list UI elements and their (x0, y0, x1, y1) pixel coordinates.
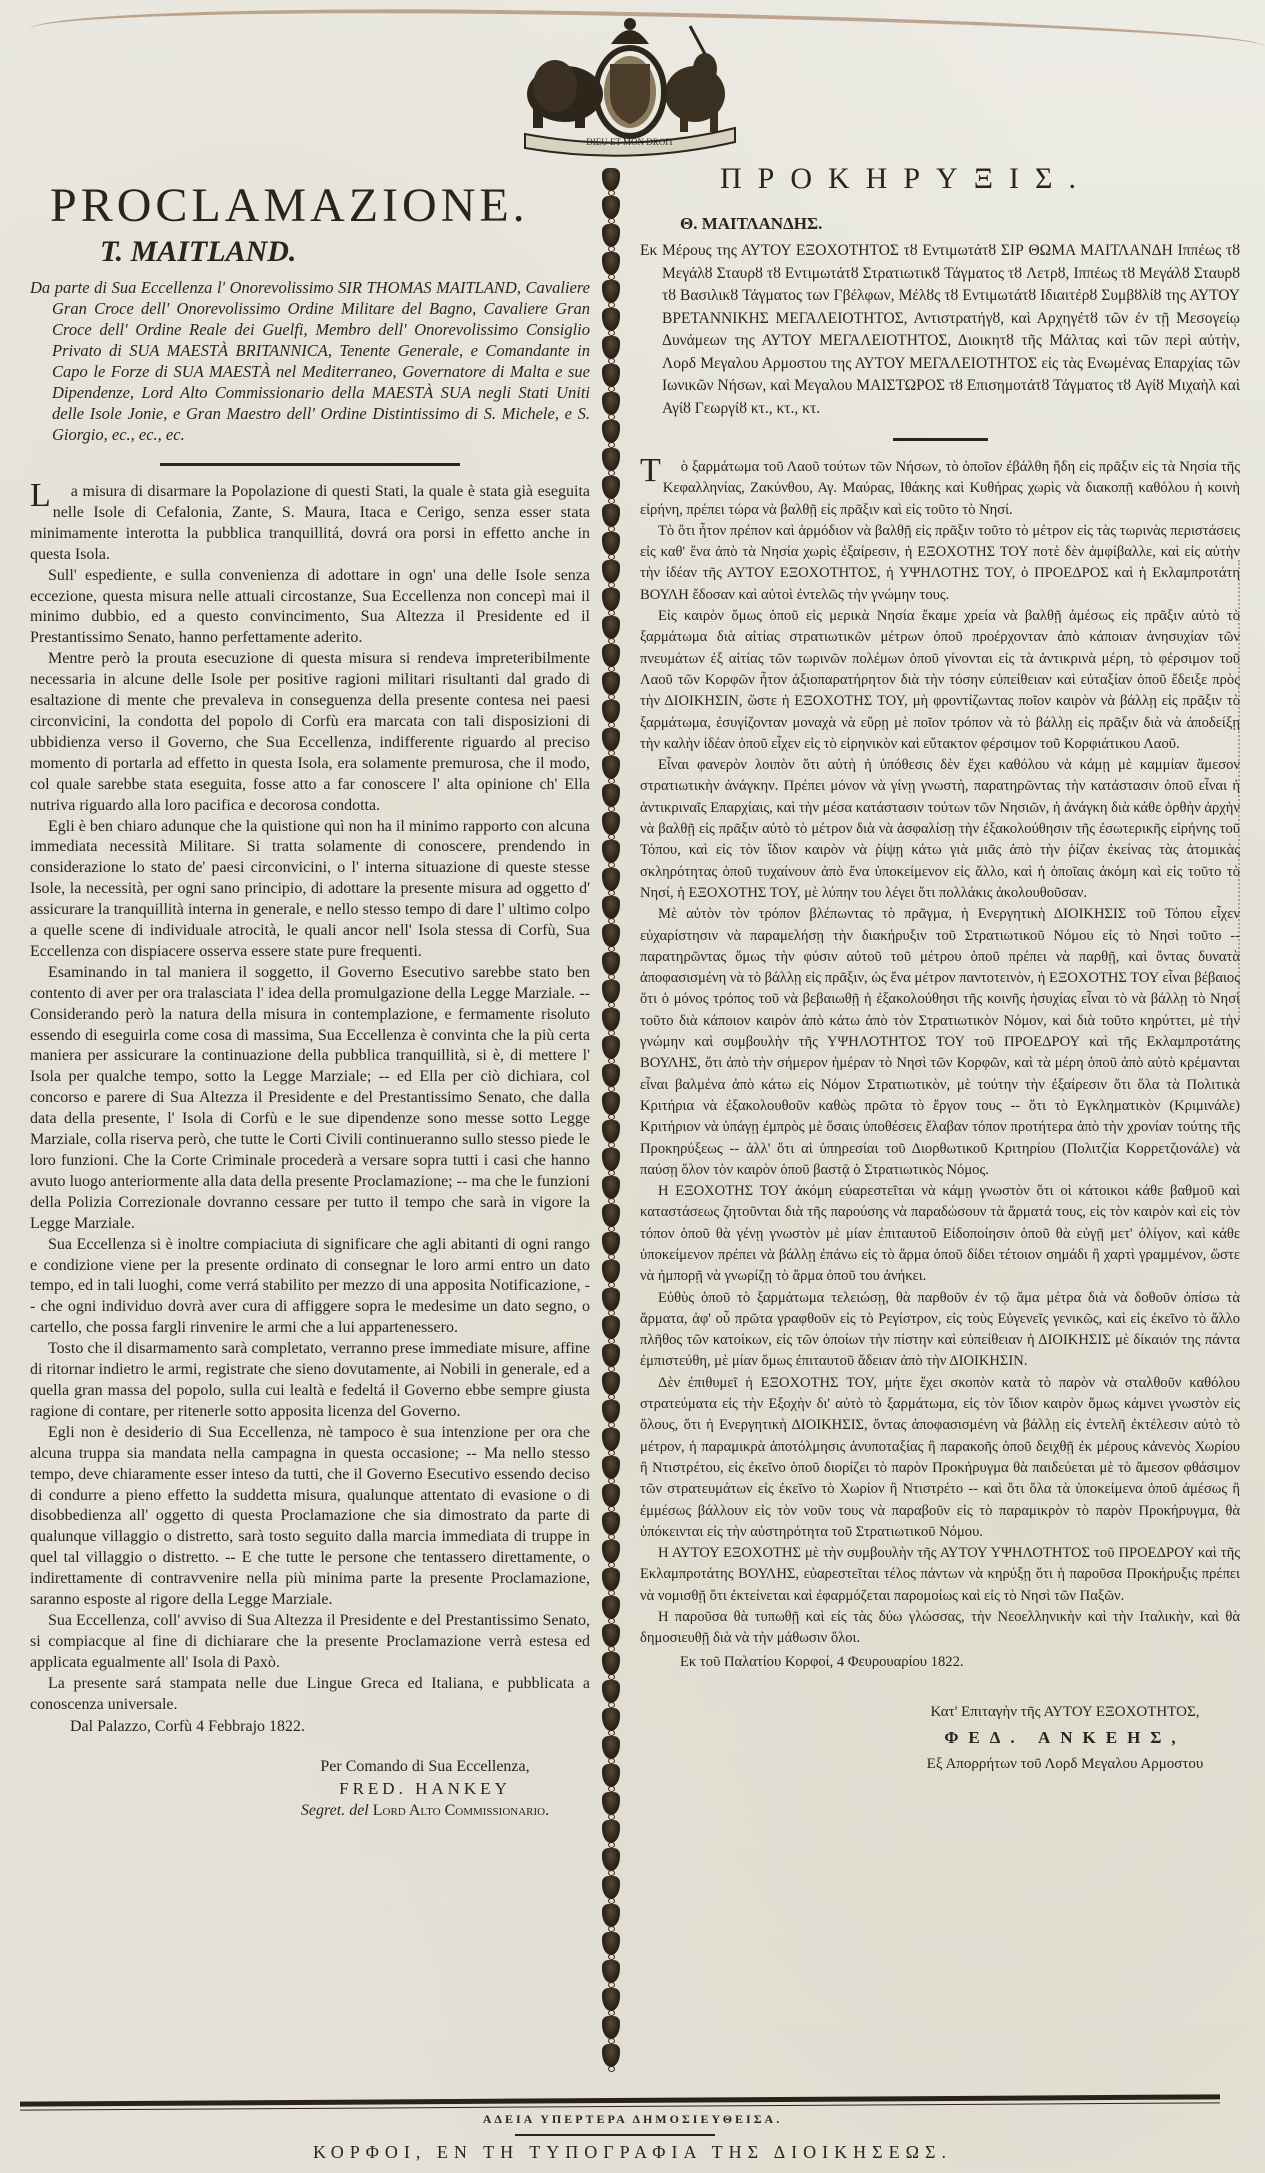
italian-paragraph: La misura di disarmare la Popolazione di… (30, 482, 590, 566)
greek-paragraph: Εἶναι φανερὸν λοιπὸν ὅτι αὐτὴ ἡ ὑπόθεσις… (640, 755, 1240, 904)
bell-ornament-icon (602, 1820, 620, 1843)
bell-ornament-icon (602, 308, 620, 331)
greek-paragraph: Εὐθὺς ὁποῦ τὸ ξαρμάτωμα τελειώσῃ, θὰ παρ… (640, 1288, 1240, 1373)
greek-divider-rule (893, 438, 988, 441)
bell-ornament-icon (602, 168, 620, 191)
greek-paragraph: Η παροῦσα θὰ τυπωθῇ καὶ εἰς τὰς δύω γλώσ… (640, 1607, 1240, 1650)
bell-ornament-icon (602, 1288, 620, 1311)
bell-ornament-icon (602, 504, 620, 527)
bell-ornament-icon (602, 224, 620, 247)
bell-ornament-icon (602, 952, 620, 975)
bell-ornament-icon (602, 924, 620, 947)
drop-cap: Τ (622, 461, 661, 481)
italian-paragraph: Egli non è desiderio di Sua Eccellenza, … (30, 1423, 590, 1611)
printer-imprint: ΚΟΡΦΟΙ, ΕΝ ΤΗ ΤΥΠΟΓΡΑΦΙΑ ΤΗΣ ΔΙΟΙΚΗΣΕΩΣ. (0, 2142, 1265, 2163)
bell-ornament-icon (602, 588, 620, 611)
bell-ornament-icon (602, 1624, 620, 1647)
bell-ornament-icon (602, 728, 620, 751)
bell-ornament-icon (602, 1568, 620, 1591)
imprint-rule (515, 2134, 715, 2136)
greek-signature: Κατ' Επιταγὴν τῆς ΑΥΤΟΥ ΕΞΟΧΟΤΗΤΟΣ, ΦΕΔ.… (890, 1699, 1240, 1777)
bell-ornament-icon (602, 1932, 620, 1955)
bell-ornament-icon (602, 392, 620, 415)
italian-paragraph: Mentre però la prouta esecuzione di ques… (30, 649, 590, 816)
italian-paragraph: Sua Eccellenza, coll' avviso di Sua Alte… (30, 1611, 590, 1674)
bell-ornament-icon (602, 1344, 620, 1367)
signature-line: Per Comando di Sua Eccellenza, (260, 1756, 590, 1778)
bell-ornament-icon (602, 448, 620, 471)
bell-ornament-icon (602, 1204, 620, 1227)
greek-subtitle: Θ. ΜΑΙΤΛΑΝΔΗΣ. (680, 214, 1240, 234)
greek-body: Τὸ ξαρμάτωμα τοῦ Λαοῦ τούτων τῶν Νήσων, … (640, 457, 1240, 1673)
greek-intro: Εκ Μέρους της ΑΥΤΟΥ ΕΞΟΧΟΤΗΤΟΣ τȣ Εντιμω… (640, 240, 1240, 420)
italian-signature: Per Comando di Sua Eccellenza, FRED. HAN… (260, 1756, 590, 1822)
bell-ornament-icon (602, 1848, 620, 1871)
bell-ornament-icon (602, 1008, 620, 1031)
bell-ornament-icon (602, 1652, 620, 1675)
bell-ornament-icon (602, 1400, 620, 1423)
italian-paragraph: La presente sará stampata nelle due Ling… (30, 1674, 590, 1716)
signatory-name: FRED. HANKEY (260, 1778, 590, 1800)
ornamental-column-divider (598, 168, 624, 2098)
italian-subtitle: T. MAITLAND. (100, 235, 590, 269)
bell-ornament-icon (602, 840, 620, 863)
bell-ornament-icon (602, 1036, 620, 1059)
greek-paragraph: Η ΕΞΟΧΟΤΗΣ ΤΟΥ ἀκόμη εὐαρεστεῖται νὰ κάμ… (640, 1181, 1240, 1287)
proclamation-sheet: DIEU ET MON DROIT PROCLAMAZIONE. T. MAIT… (0, 0, 1265, 2173)
bell-ornament-icon (602, 336, 620, 359)
greek-paragraph: Τὸ ξαρμάτωμα τοῦ Λαοῦ τούτων τῶν Νήσων, … (640, 457, 1240, 521)
bell-ornament-icon (602, 700, 620, 723)
bell-ornament-icon (602, 252, 620, 275)
bell-ornament-icon (602, 420, 620, 443)
bell-ornament-icon (602, 1456, 620, 1479)
bell-ornament-icon (602, 672, 620, 695)
bell-ornament-icon (602, 1736, 620, 1759)
italian-column: PROCLAMAZIONE. T. MAITLAND. Da parte di … (30, 160, 590, 1822)
greek-paragraph: Μὲ αὐτὸν τὸν τρόπον βλέπωντας τὸ πρᾶγμα,… (640, 904, 1240, 1181)
bell-ornament-icon (602, 1372, 620, 1395)
publication-license: ΑΔΕΙΑ ΥΠΕΡΤΕΡΑ ΔΗΜΟΣΙΕΥΘΕΙΣΑ. (0, 2112, 1265, 2127)
bell-ornament-icon (602, 1148, 620, 1171)
greek-date: Εκ τοῦ Παλατίου Κορφοί, 4 Φευρουαρίου 18… (640, 1652, 1240, 1673)
bell-ornament-icon (602, 1876, 620, 1899)
bell-ornament-icon (602, 1764, 620, 1787)
bell-ornament-icon (602, 1708, 620, 1731)
italian-paragraph: Tosto che il disarmamento sarà completat… (30, 1339, 590, 1423)
greek-paragraph: Τὸ ὅτι ἦτον πρέπον καὶ ἁρμόδιον νὰ βαλθῇ… (640, 521, 1240, 606)
bell-ornament-icon (602, 1792, 620, 1815)
italian-paragraph: Egli è ben chiaro adunque che la quistio… (30, 817, 590, 963)
greek-column: ΠΡΟΚΗΡΥΞΙΣ. Θ. ΜΑΙΤΛΑΝΔΗΣ. Εκ Μέρους της… (640, 160, 1240, 1777)
bell-ornament-icon (602, 2044, 620, 2067)
signatory-name: ΦΕΔ. ΑΝΚΕΗΣ, (890, 1725, 1240, 1751)
bell-ornament-icon (602, 476, 620, 499)
italian-date: Dal Palazzo, Corfù 4 Febbrajo 1822. (30, 1717, 590, 1738)
bell-ornament-icon (602, 1232, 620, 1255)
bell-ornament-icon (602, 1176, 620, 1199)
italian-paragraph: Sua Eccellenza si è inoltre compiaciuta … (30, 1235, 590, 1340)
bell-ornament-icon (602, 1596, 620, 1619)
royal-coat-of-arms-icon: DIEU ET MON DROIT (505, 14, 755, 159)
signatory-title: Segret. del Lord Alto Commissionario. (260, 1800, 590, 1822)
bell-ornament-icon (602, 784, 620, 807)
crest-motto: DIEU ET MON DROIT (586, 137, 674, 147)
bell-ornament-icon (602, 280, 620, 303)
italian-title: PROCLAMAZIONE. (50, 178, 590, 233)
bell-ornament-icon (602, 1120, 620, 1143)
bell-ornament-icon (602, 756, 620, 779)
bell-ornament-icon (602, 560, 620, 583)
signatory-title: Εξ Απορρήτων τοῦ Λορδ Μεγαλου Αρμοστου (890, 1751, 1240, 1777)
drop-cap: L (12, 486, 51, 506)
bell-ornament-icon (602, 1904, 620, 1927)
greek-paragraph: Εἰς καιρὸν ὅμως ὁποῦ εἰς μερικὰ Νησία ἔκ… (640, 606, 1240, 755)
greek-paragraph: Δὲν ἐπιθυμεῖ ἡ ΕΞΟΧΟΤΗΣ ΤΟΥ, μήτε ἔχει σ… (640, 1373, 1240, 1543)
bell-ornament-icon (602, 616, 620, 639)
bell-ornament-icon (602, 1512, 620, 1535)
bell-ornament-icon (602, 364, 620, 387)
bell-ornament-icon (602, 896, 620, 919)
bell-ornament-icon (602, 644, 620, 667)
bell-ornament-icon (602, 1960, 620, 1983)
bell-ornament-icon (602, 1680, 620, 1703)
greek-paragraph: Η ΑΥΤΟΥ ΕΞΟΧΟΤΗΣ μὲ τὴν συμβουλὴν τῆς ΑΥ… (640, 1543, 1240, 1607)
bell-ornament-icon (602, 2016, 620, 2039)
bell-ornament-icon (602, 1540, 620, 1563)
greek-title: ΠΡΟΚΗΡΥΞΙΣ. (720, 162, 1240, 196)
bell-ornament-icon (602, 196, 620, 219)
signature-line: Κατ' Επιταγὴν τῆς ΑΥΤΟΥ ΕΞΟΧΟΤΗΤΟΣ, (890, 1699, 1240, 1725)
bell-ornament-icon (602, 1988, 620, 2011)
italian-body: La misura di disarmare la Popolazione di… (30, 482, 590, 1738)
bell-ornament-icon (602, 532, 620, 555)
italian-intro: Da parte di Sua Eccellenza l' Onorevolis… (30, 277, 590, 445)
bell-ornament-icon (602, 1260, 620, 1283)
bell-ornament-icon (602, 868, 620, 891)
handwritten-annotation (1238, 560, 1258, 1020)
bell-ornament-icon (602, 1064, 620, 1087)
bell-ornament-icon (602, 812, 620, 835)
italian-paragraph: Esaminando in tal maniera il soggetto, i… (30, 963, 590, 1235)
bell-ornament-icon (602, 1092, 620, 1115)
bell-ornament-icon (602, 1484, 620, 1507)
italian-paragraph: Sull' espediente, e sulla convenienza di… (30, 566, 590, 650)
bell-ornament-icon (602, 980, 620, 1003)
bell-ornament-icon (602, 1428, 620, 1451)
bell-ornament-icon (602, 1316, 620, 1339)
italian-divider-rule (160, 463, 460, 466)
